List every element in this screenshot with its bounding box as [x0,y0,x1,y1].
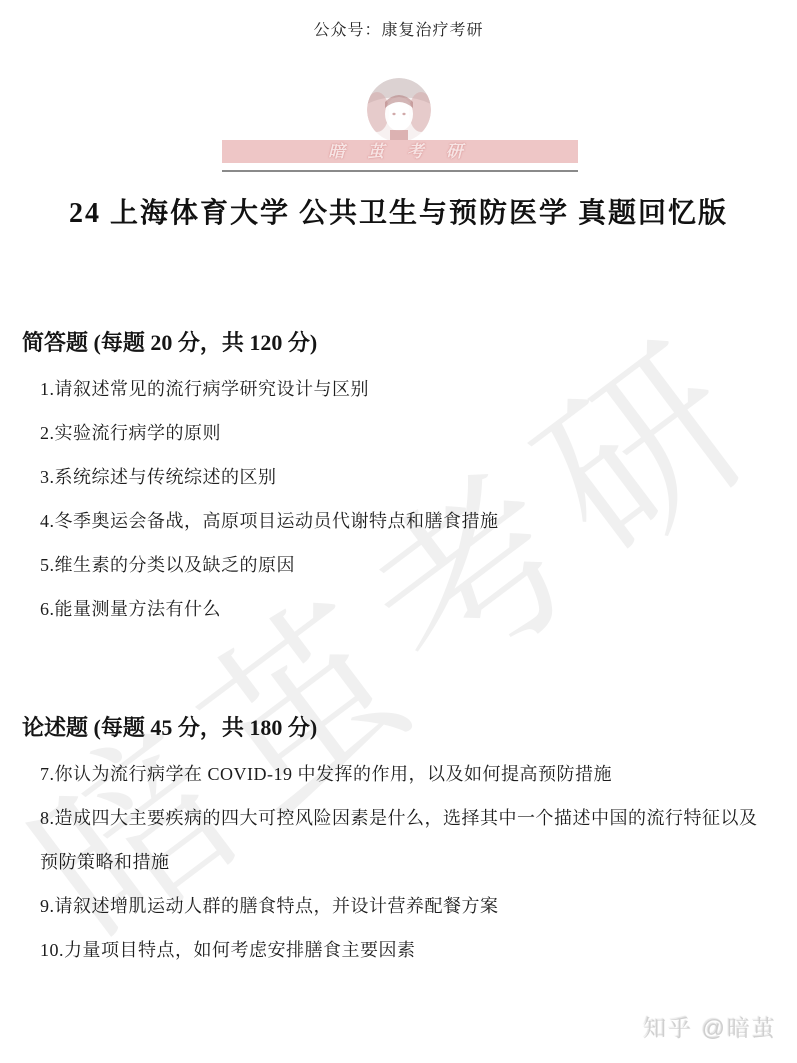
header-note: 公众号：康复治疗考研 [0,17,797,40]
question-item-7: 7.你认为流行病学在 COVID-19 中发挥的作用，以及如何提高预防措施 [40,752,773,796]
question-item-8: 8.造成四大主要疾病的四大可控风险因素是什么，选择其中一个描述中国的流行特征以及… [40,796,773,884]
question-item-9: 9.请叙述增肌运动人群的膳食特点，并设计营养配餐方案 [40,884,773,928]
brand-banner-text: 暗 茧 考 研 [328,142,472,161]
question-item-10: 10.力量项目特点，如何考虑安排膳食主要因素 [40,928,773,972]
divider-line [222,170,578,172]
question-item-1: 1.请叙述常见的流行病学研究设计与区别 [40,367,773,411]
brand-banner: 暗 茧 考 研 [222,140,578,163]
question-list-essay: 7.你认为流行病学在 COVID-19 中发挥的作用，以及如何提高预防措施 8.… [22,752,773,972]
question-item-3: 3.系统综述与传统综述的区别 [40,455,773,499]
question-item-5: 5.维生素的分类以及缺乏的原因 [40,543,773,587]
question-item-6: 6.能量测量方法有什么 [40,587,773,631]
section-short-answer: 简答题 (每题 20 分，共 120 分) 1.请叙述常见的流行病学研究设计与区… [22,329,777,631]
section-heading-short-answer: 简答题 (每题 20 分，共 120 分) [22,329,777,357]
zhihu-watermark: 知乎 @暗茧 [643,1010,777,1043]
page-title: 24 上海体育大学 公共卫生与预防医学 真题回忆版 [0,191,797,231]
question-item-2: 2.实验流行病学的原则 [40,411,773,455]
question-list-short-answer: 1.请叙述常见的流行病学研究设计与区别 2.实验流行病学的原则 3.系统综述与传… [22,367,773,631]
question-item-4: 4.冬季奥运会备战，高原项目运动员代谢特点和膳食措施 [40,499,773,543]
section-heading-essay: 论述题 (每题 45 分，共 180 分) [22,714,777,742]
avatar-image [367,78,431,142]
section-essay: 论述题 (每题 45 分，共 180 分) 7.你认为流行病学在 COVID-1… [22,714,777,972]
avatar [367,78,431,142]
